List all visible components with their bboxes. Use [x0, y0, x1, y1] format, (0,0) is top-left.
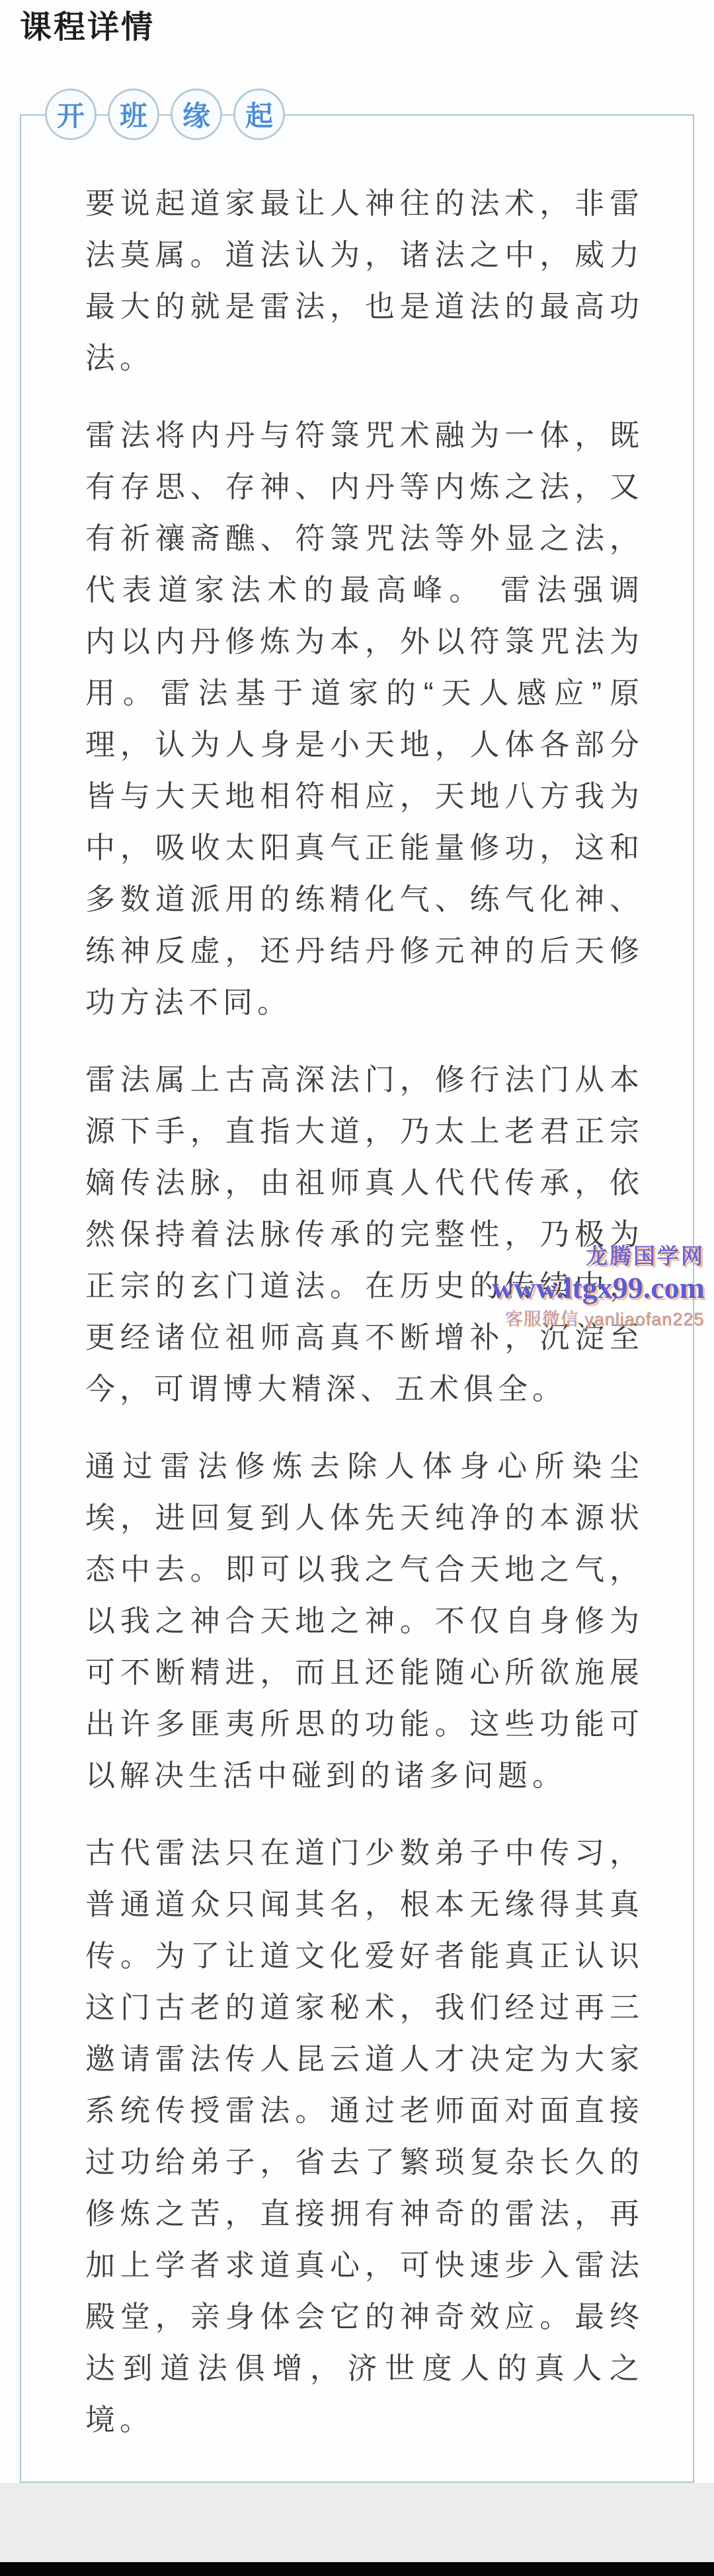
page-title: 课程详情: [20, 1, 155, 47]
section-badge-4: 起: [233, 89, 285, 140]
course-paragraph-3: 雷法属上古高深法门，修行法门从本源下手，直指大道，乃太上老君正宗嫡传法脉，由祖师…: [85, 1054, 644, 1415]
section-badge-1: 开: [45, 89, 97, 140]
footer-spacer: [0, 2483, 714, 2562]
section-badge-2: 班: [108, 89, 159, 140]
section-badge-3: 缘: [171, 89, 222, 140]
course-detail-page: 课程详情 要说起道家最让人神往的法术，非雷法莫属。道法认为，诸法之中，威力最大的…: [0, 0, 714, 2576]
course-paragraph-4: 通过雷法修炼去除人体身心所染尘埃，进回复到人体先天纯净的本源状态中去。即可以我之…: [85, 1441, 644, 1801]
course-paragraph-1: 要说起道家最让人神往的法术，非雷法莫属。道法认为，诸法之中，威力最大的就是雷法，…: [85, 178, 644, 384]
course-paragraph-5: 古代雷法只在道门少数弟子中传习，普通道众只闻其名，根本无缘得其真传。为了让道文化…: [85, 1827, 644, 2446]
section-header-badges: 开 班 缘 起: [45, 89, 285, 140]
course-paragraph-2: 雷法将内丹与符箓咒术融为一体，既有存思、存神、内丹等内炼之法，又有祈禳斋醮、符箓…: [85, 410, 644, 1028]
bottom-bar: [0, 2562, 714, 2576]
course-description-box: 要说起道家最让人神往的法术，非雷法莫属。道法认为，诸法之中，威力最大的就是雷法，…: [20, 114, 694, 2483]
